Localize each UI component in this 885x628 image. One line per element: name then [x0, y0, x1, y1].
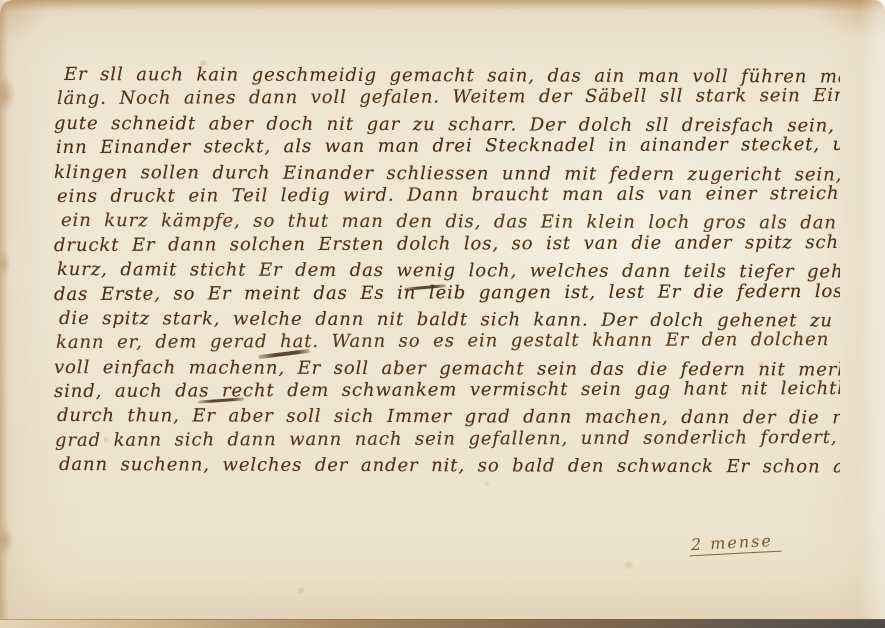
manuscript-page: Er sll auch kain geschmeidig gemacht sai… [0, 0, 885, 628]
manuscript-line: sind, auch das recht dem schwankem vermi… [54, 377, 840, 404]
manuscript-line: inn Einander steckt, als wan man drei St… [56, 133, 840, 160]
manuscript-photo: Er sll auch kain geschmeidig gemacht sai… [0, 0, 885, 628]
page-left-edge [0, 0, 8, 628]
manuscript-line: das Erste, so Er meint das Es in leib ga… [54, 279, 840, 306]
collector-annotation: 2 mense [689, 531, 782, 557]
manuscript-line: kann er, dem gerad hat. Wann so es ein g… [56, 328, 840, 355]
manuscript-line: grad kann sich dann wann nach sein gefal… [55, 426, 840, 453]
manuscript-line: eins druckt ein Teil ledig wird. Dann br… [57, 182, 840, 209]
manuscript-line: druckt Er dann solchen Ersten dolch los,… [54, 231, 840, 258]
page-right-edge [859, 0, 885, 628]
handwritten-text-block: Er sll auch kain geschmeidig gemacht sai… [54, 63, 840, 478]
page-top-edge [0, 0, 885, 10]
manuscript-line: dann suchenn, welches der ander nit, so … [59, 453, 840, 477]
page-bottom-edge [0, 619, 885, 628]
manuscript-line: läng. Noch aines dann voll gefalen. Weit… [57, 84, 840, 111]
